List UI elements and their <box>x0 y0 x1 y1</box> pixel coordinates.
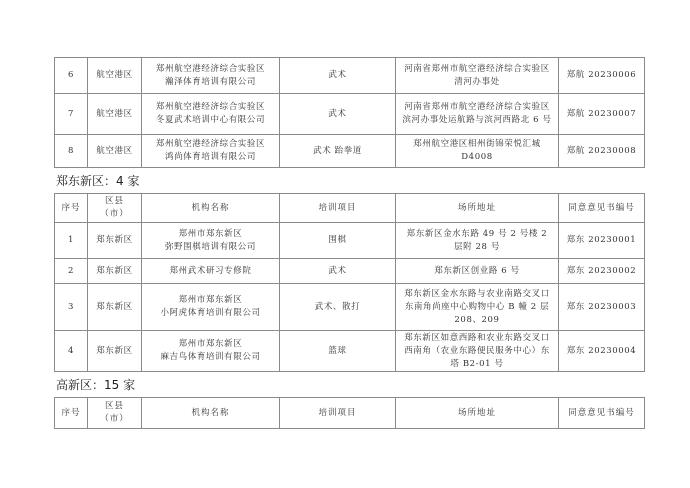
cell-district: 航空港区 <box>88 135 142 168</box>
cell-address: 河南省郑州市航空港经济综合实验区滨河办事处运航路与滨河西路北 6 号 <box>396 94 559 135</box>
cell-org: 郑州航空港经济综合实验区瀚泽体育培训有限公司 <box>142 58 280 94</box>
cell-org: 郑州市郑东新区小阿虎体育培训有限公司 <box>142 284 280 331</box>
header-org: 机构名称 <box>142 194 280 223</box>
cell-code: 郑东 20230001 <box>559 223 645 259</box>
cell-no: 1 <box>55 223 88 259</box>
cell-address: 郑东新区金水东路与农业南路交叉口东南角尚座中心购物中心 B 幢 2 层 208、… <box>396 284 559 331</box>
header-code: 同意意见书编号 <box>559 398 645 429</box>
header-no: 序号 <box>55 194 88 223</box>
header-address: 场所地址 <box>396 194 559 223</box>
org-line: 麻吉鸟体育培训有限公司 <box>148 351 273 364</box>
cell-org: 郑州航空港经济综合实验区鸿尚体育培训有限公司 <box>142 135 280 168</box>
section-heading-zhengdong: 郑东新区：4 家 <box>56 172 139 189</box>
header-code: 同意意见书编号 <box>559 194 645 223</box>
header-no: 序号 <box>55 398 88 429</box>
org-line: 冬夏武术培训中心有限公司 <box>148 114 273 127</box>
cell-no: 6 <box>55 58 88 94</box>
cell-no: 8 <box>55 135 88 168</box>
cell-address: 郑州航空港区相州街锦荣悦汇城 D4008 <box>396 135 559 168</box>
cell-code: 郑东 20230002 <box>559 259 645 284</box>
table-row: 8 航空港区 郑州航空港经济综合实验区鸿尚体育培训有限公司 武术 跆拳道 郑州航… <box>55 135 645 168</box>
cell-no: 7 <box>55 94 88 135</box>
org-line: 郑州航空港经济综合实验区 <box>148 101 273 114</box>
cell-org: 郑州市郑东新区弥野围棋培训有限公司 <box>142 223 280 259</box>
cell-district: 航空港区 <box>88 94 142 135</box>
cell-district: 郑东新区 <box>88 223 142 259</box>
table-header-row: 序号 区县（市） 机构名称 培训项目 场所地址 同意意见书编号 <box>55 398 645 429</box>
org-line: 郑州航空港经济综合实验区 <box>148 63 273 76</box>
cell-district: 航空港区 <box>88 58 142 94</box>
table-row: 3 郑东新区 郑州市郑东新区小阿虎体育培训有限公司 武术、散打 郑东新区金水东路… <box>55 284 645 331</box>
cell-project: 武术、散打 <box>280 284 396 331</box>
table-row: 2 郑东新区 郑州武术研习专修院 武术 郑东新区创业路 6 号 郑东 20230… <box>55 259 645 284</box>
table-header-row: 序号 区县（市） 机构名称 培训项目 场所地址 同意意见书编号 <box>55 194 645 223</box>
cell-org: 郑州武术研习专修院 <box>142 259 280 284</box>
cell-code: 郑东 20230003 <box>559 284 645 331</box>
org-line: 郑州市郑东新区 <box>148 294 273 307</box>
cell-code: 郑航 20230008 <box>559 135 645 168</box>
org-line: 郑州市郑东新区 <box>148 338 273 351</box>
cell-code: 郑航 20230007 <box>559 94 645 135</box>
section-heading-gaoxin: 高新区：15 家 <box>56 376 135 393</box>
cell-district: 郑东新区 <box>88 284 142 331</box>
org-line: 郑州航空港经济综合实验区 <box>148 138 273 151</box>
cell-district: 郑东新区 <box>88 259 142 284</box>
header-project: 培训项目 <box>280 398 396 429</box>
cell-org: 郑州航空港经济综合实验区冬夏武术培训中心有限公司 <box>142 94 280 135</box>
zhengdong-district-table: 序号 区县（市） 机构名称 培训项目 场所地址 同意意见书编号 1 郑东新区 郑… <box>54 193 645 372</box>
gaoxin-district-table: 序号 区县（市） 机构名称 培训项目 场所地址 同意意见书编号 <box>54 397 645 429</box>
org-line: 小阿虎体育培训有限公司 <box>148 307 273 320</box>
header-org: 机构名称 <box>142 398 280 429</box>
cell-address: 河南省郑州市航空港经济综合实验区清河办事处 <box>396 58 559 94</box>
cell-address: 郑东新区创业路 6 号 <box>396 259 559 284</box>
header-project: 培训项目 <box>280 194 396 223</box>
table-row: 6 航空港区 郑州航空港经济综合实验区瀚泽体育培训有限公司 武术 河南省郑州市航… <box>55 58 645 94</box>
cell-project: 篮球 <box>280 331 396 372</box>
org-line: 瀚泽体育培训有限公司 <box>148 76 273 89</box>
table-row: 1 郑东新区 郑州市郑东新区弥野围棋培训有限公司 围棋 郑东新区金水东路 49 … <box>55 223 645 259</box>
cell-org: 郑州市郑东新区麻吉鸟体育培训有限公司 <box>142 331 280 372</box>
org-line: 鸿尚体育培训有限公司 <box>148 151 273 164</box>
cell-no: 2 <box>55 259 88 284</box>
cell-project: 武术 <box>280 259 396 284</box>
cell-address: 郑东新区金水东路 49 号 2 号楼 2 层附 28 号 <box>396 223 559 259</box>
cell-code: 郑东 20230004 <box>559 331 645 372</box>
org-line: 弥野围棋培训有限公司 <box>148 241 273 254</box>
cell-code: 郑航 20230006 <box>559 58 645 94</box>
cell-no: 3 <box>55 284 88 331</box>
header-district: 区县（市） <box>88 398 142 429</box>
cell-project: 武术 <box>280 58 396 94</box>
org-line: 郑州市郑东新区 <box>148 228 273 241</box>
header-district: 区县（市） <box>88 194 142 223</box>
table-row: 4 郑东新区 郑州市郑东新区麻吉鸟体育培训有限公司 篮球 郑东新区如意西路和农业… <box>55 331 645 372</box>
cell-project: 武术 <box>280 94 396 135</box>
airport-district-table: 6 航空港区 郑州航空港经济综合实验区瀚泽体育培训有限公司 武术 河南省郑州市航… <box>54 57 645 168</box>
table-row: 7 航空港区 郑州航空港经济综合实验区冬夏武术培训中心有限公司 武术 河南省郑州… <box>55 94 645 135</box>
cell-project: 围棋 <box>280 223 396 259</box>
cell-address: 郑东新区如意西路和农业东路交叉口西南角（农业东路便民服务中心）东塔 B2-01 … <box>396 331 559 372</box>
header-address: 场所地址 <box>396 398 559 429</box>
cell-no: 4 <box>55 331 88 372</box>
cell-project: 武术 跆拳道 <box>280 135 396 168</box>
cell-district: 郑东新区 <box>88 331 142 372</box>
